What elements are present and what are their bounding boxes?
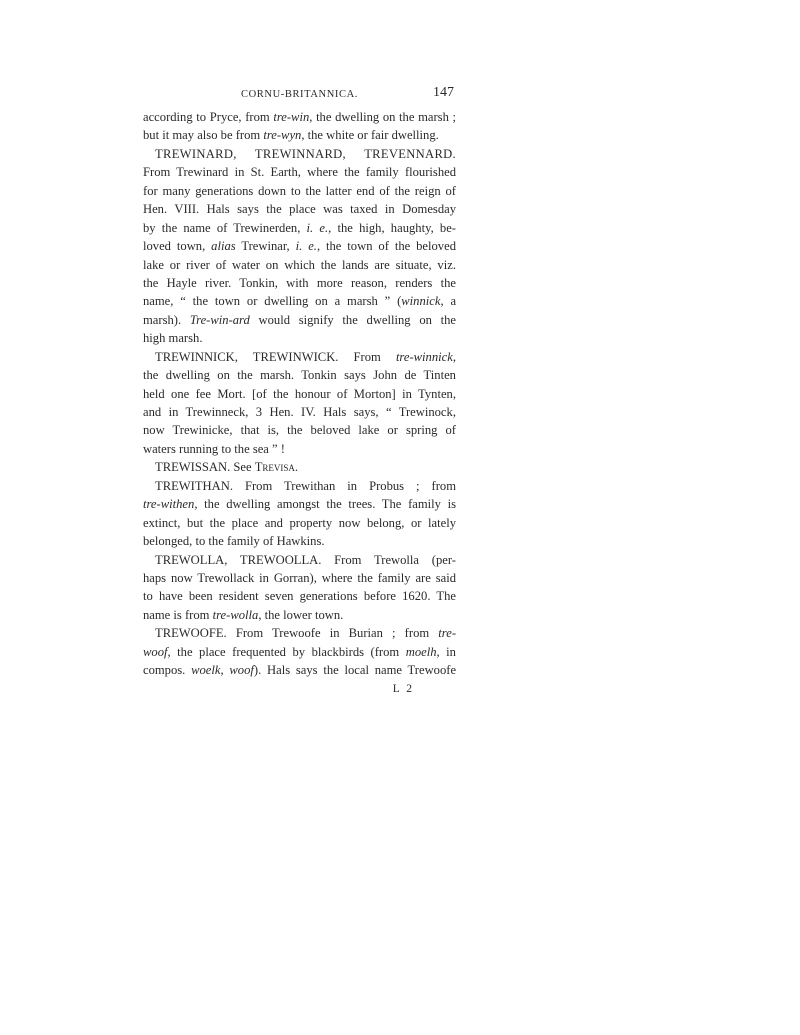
- text-line: now Trewinicke, that is, the beloved lak…: [143, 421, 456, 439]
- running-title: CORNU-BRITANNICA.: [143, 86, 456, 104]
- text-line: belonged, to the family of Hawkins.: [143, 532, 456, 550]
- entry-headword: TREWINARD, TREWINNARD, TREVENNARD.: [143, 145, 456, 163]
- text-line: lake or river of water on which the land…: [143, 256, 456, 274]
- text-line: tre-withen, the dwelling amongst the tre…: [143, 495, 456, 513]
- entry-headword: TREWOLLA, TREWOOLLA. From Trewolla (per-: [143, 551, 456, 569]
- text-line: name is from tre-wolla, the lower town.: [143, 606, 456, 624]
- text-line: and in Trewinneck, 3 Hen. IV. Hals says,…: [143, 403, 456, 421]
- cross-reference: Trevisa.: [255, 460, 298, 474]
- text-line: From Trewinard in St. Earth, where the f…: [143, 163, 456, 181]
- text-line: loved town, alias Trewinar, i. e., the t…: [143, 237, 456, 255]
- text-line: waters running to the sea ” !: [143, 440, 456, 458]
- text-line: marsh). Tre-win-ard would signify the dw…: [143, 311, 456, 329]
- text-line: extinct, but the place and property now …: [143, 514, 456, 532]
- text-line: held one fee Mort. [of the honour of Mor…: [143, 385, 456, 403]
- entry-headword: TREWOOFE. From Trewoofe in Burian ; from…: [143, 624, 456, 642]
- text-line: Hen. VIII. Hals says the place was taxed…: [143, 200, 456, 218]
- body-text: according to Pryce, from tre-win, the dw…: [143, 108, 456, 680]
- text-line: name, “ the town or dwelling on a marsh …: [143, 292, 456, 310]
- text-line: the Hayle river. Tonkin, with more reaso…: [143, 274, 456, 292]
- entry-headword: TREWINNICK, TREWINWICK. From tre-winnick…: [143, 348, 456, 366]
- text-line: woof, the place frequented by blackbirds…: [143, 643, 456, 661]
- text-line: but it may also be from tre-wyn, the whi…: [143, 126, 456, 144]
- page-number: 147: [433, 84, 454, 102]
- entry-headword: TREWITHAN. From Trewithan in Probus ; fr…: [143, 477, 456, 495]
- book-page: CORNU-BRITANNICA. 147 according to Pryce…: [143, 84, 456, 698]
- text-line: haps now Trewollack in Gorran), where th…: [143, 569, 456, 587]
- text-line: according to Pryce, from tre-win, the dw…: [143, 108, 456, 126]
- text-line: high marsh.: [143, 329, 456, 347]
- text-line: the dwelling on the marsh. Tonkin says J…: [143, 366, 456, 384]
- page-header: CORNU-BRITANNICA. 147: [143, 84, 456, 108]
- text-line: compos. woelk, woof). Hals says the loca…: [143, 661, 456, 679]
- signature-mark: L 2: [143, 680, 456, 698]
- text-line: by the name of Trewinerden, i. e., the h…: [143, 219, 456, 237]
- text-line: to have been resident seven generations …: [143, 587, 456, 605]
- entry-headword: TREWISSAN. See Trevisa.: [143, 458, 456, 476]
- text-line: for many generations down to the latter …: [143, 182, 456, 200]
